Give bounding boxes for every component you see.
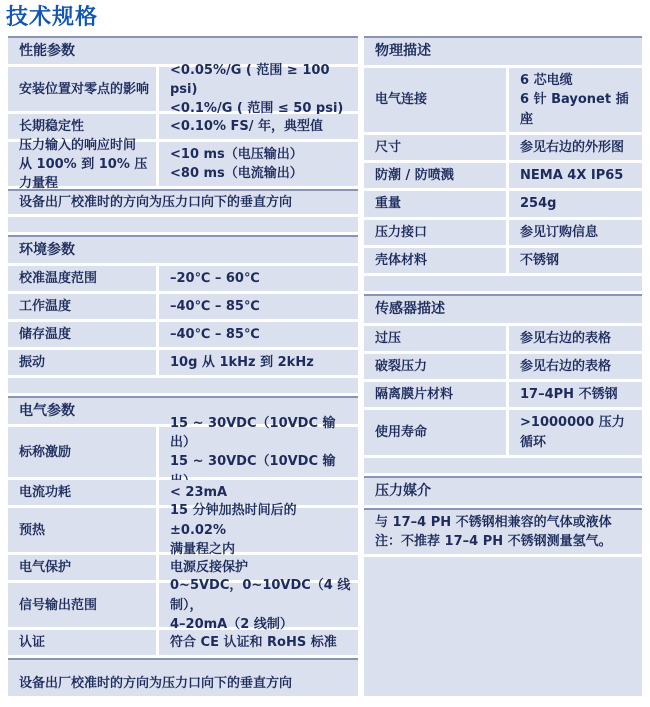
- spec-value: 6 芯电缆 6 针 Bayonet 插座: [509, 68, 642, 132]
- note-row: 设备出厂校准时的方向为压力口向下的垂直方向: [8, 189, 358, 214]
- spec-row: 标称激励 15 ~ 30VDC（10VDC 输出） 15 ~ 30VDC（10V…: [8, 427, 358, 477]
- section-title: 压力媒介: [364, 476, 642, 505]
- spacer-row: [8, 217, 358, 232]
- spec-row: 压力输入的响应时间 从 100% 到 10% 压力量程 <10 ms（电压输出）…: [8, 142, 358, 186]
- spec-row: 隔离膜片材料 17–4PH 不锈钢: [364, 382, 642, 407]
- spec-row: 使用寿命 >1000000 压力循环: [364, 410, 642, 454]
- spec-label: 隔离膜片材料: [364, 382, 506, 407]
- spec-label: 电气连接: [364, 68, 506, 132]
- spec-label: 标称激励: [8, 427, 156, 477]
- spec-value: 254g: [509, 191, 642, 216]
- spec-value: <10 ms（电压输出） <80 ms（电流输出）: [159, 142, 358, 186]
- spec-label: 电气保护: [8, 555, 156, 580]
- spec-row: 破裂压力 参见右边的表格: [364, 354, 642, 379]
- spec-columns: 性能参数 安装位置对零点的影响 <0.05%/G ( 范围 ≥ 100 psi)…: [8, 36, 642, 696]
- section-header-sensor: 传感器描述: [364, 294, 642, 323]
- spacer-cell: [8, 378, 358, 393]
- spacer-cell: [8, 217, 358, 232]
- spec-value: 不锈钢: [509, 248, 642, 273]
- left-column: 性能参数 安装位置对零点的影响 <0.05%/G ( 范围 ≥ 100 psi)…: [8, 36, 358, 696]
- spec-row: 防潮 / 防喷溅 NEMA 4X IP65: [364, 163, 642, 188]
- spec-row: 重量 254g: [364, 191, 642, 216]
- spec-row: 认证 符合 CE 认证和 RoHS 标准: [8, 630, 358, 655]
- spec-row: 壳体材料 不锈钢: [364, 248, 642, 273]
- spec-value: –20℃ – 60℃: [159, 266, 358, 291]
- spec-label: 储存温度: [8, 322, 156, 347]
- spec-row: 校准温度范围 –20℃ – 60℃: [8, 266, 358, 291]
- spec-label: 工作温度: [8, 294, 156, 319]
- spec-row: 过压 参见右边的表格: [364, 326, 642, 351]
- spec-row: 工作温度 –40℃ – 85℃: [8, 294, 358, 319]
- spec-value: 符合 CE 认证和 RoHS 标准: [159, 630, 358, 655]
- section-header-environment: 环境参数: [8, 235, 358, 263]
- empty-panel: [364, 557, 642, 696]
- spec-label: 防潮 / 防喷溅: [364, 163, 506, 188]
- section-header-media: 压力媒介: [364, 476, 642, 505]
- spec-row: 信号输出范围 0~5VDC，0~10VDC（4 线制）， 4–20mA（2 线制…: [8, 583, 358, 627]
- spec-value: 0~5VDC，0~10VDC（4 线制）， 4–20mA（2 线制）: [159, 583, 358, 627]
- spacer-cell: [364, 458, 642, 473]
- note-text: 设备出厂校准时的方向为压力口向下的垂直方向: [8, 658, 358, 696]
- spec-row: 储存温度 –40℃ – 85℃: [8, 322, 358, 347]
- spacer-row: [8, 378, 358, 393]
- spec-value: NEMA 4X IP65: [509, 163, 642, 188]
- spec-value: 10g 从 1kHz 到 2kHz: [159, 350, 358, 375]
- spec-value: 参见右边的外形图: [509, 135, 642, 160]
- spec-value: 15 ~ 30VDC（10VDC 输出） 15 ~ 30VDC（10VDC 输出…: [159, 427, 358, 477]
- spec-label: 重量: [364, 191, 506, 216]
- spec-value: <0.10% FS/ 年，典型值: [159, 114, 358, 139]
- spec-label: 使用寿命: [364, 410, 506, 454]
- spec-row: 电气连接 6 芯电缆 6 针 Bayonet 插座: [364, 68, 642, 132]
- spec-label: 认证: [8, 630, 156, 655]
- spec-label: 壳体材料: [364, 248, 506, 273]
- spec-value: 参见右边的表格: [509, 326, 642, 351]
- spec-label: 电流功耗: [8, 480, 156, 505]
- section-title: 传感器描述: [364, 294, 642, 323]
- spec-label: 信号输出范围: [8, 583, 156, 627]
- spec-row: 振动 10g 从 1kHz 到 2kHz: [8, 350, 358, 375]
- note-row: 与 17–4 PH 不锈钢相兼容的气体或液体 注：不推荐 17–4 PH 不锈钢…: [364, 508, 642, 554]
- spec-label: 压力接口: [364, 220, 506, 245]
- right-column: 物理描述 电气连接 6 芯电缆 6 针 Bayonet 插座 尺寸 参见右边的外…: [364, 36, 642, 696]
- spacer-row: [364, 458, 642, 473]
- spacer-cell: [364, 276, 642, 291]
- note-text: 与 17–4 PH 不锈钢相兼容的气体或液体 注：不推荐 17–4 PH 不锈钢…: [364, 508, 642, 554]
- empty-panel-cell: [364, 557, 642, 696]
- spec-label: 尺寸: [364, 135, 506, 160]
- spec-label: 压力输入的响应时间 从 100% 到 10% 压力量程: [8, 142, 156, 186]
- note-row: 设备出厂校准时的方向为压力口向下的垂直方向: [8, 658, 358, 696]
- spec-value: 15 分钟加热时间后的 ±0.02% 满量程之内: [159, 508, 358, 552]
- spec-value: 17–4PH 不锈钢: [509, 382, 642, 407]
- spec-row: 安装位置对零点的影响 <0.05%/G ( 范围 ≥ 100 psi) <0.1…: [8, 67, 358, 111]
- page-title: 技术规格: [6, 5, 650, 31]
- note-text: 设备出厂校准时的方向为压力口向下的垂直方向: [8, 189, 358, 214]
- spec-label: 破裂压力: [364, 354, 506, 379]
- spec-label: 安装位置对零点的影响: [8, 67, 156, 111]
- spec-value: <0.05%/G ( 范围 ≥ 100 psi) <0.1%/G ( 范围 ≤ …: [159, 67, 358, 111]
- spec-row: 压力接口 参见订购信息: [364, 220, 642, 245]
- spacer-row: [364, 276, 642, 291]
- spec-value: 参见右边的表格: [509, 354, 642, 379]
- spec-row: 预热 15 分钟加热时间后的 ±0.02% 满量程之内: [8, 508, 358, 552]
- spec-value: 参见订购信息: [509, 220, 642, 245]
- spec-label: 振动: [8, 350, 156, 375]
- spec-label: 校准温度范围: [8, 266, 156, 291]
- spec-value: –40℃ – 85℃: [159, 294, 358, 319]
- spec-label: 预热: [8, 508, 156, 552]
- section-title: 环境参数: [8, 235, 358, 263]
- spec-row: 尺寸 参见右边的外形图: [364, 135, 642, 160]
- section-title: 物理描述: [364, 36, 642, 65]
- spec-label: 过压: [364, 326, 506, 351]
- spec-value: >1000000 压力循环: [509, 410, 642, 454]
- spec-value: –40℃ – 85℃: [159, 322, 358, 347]
- section-header-physical: 物理描述: [364, 36, 642, 65]
